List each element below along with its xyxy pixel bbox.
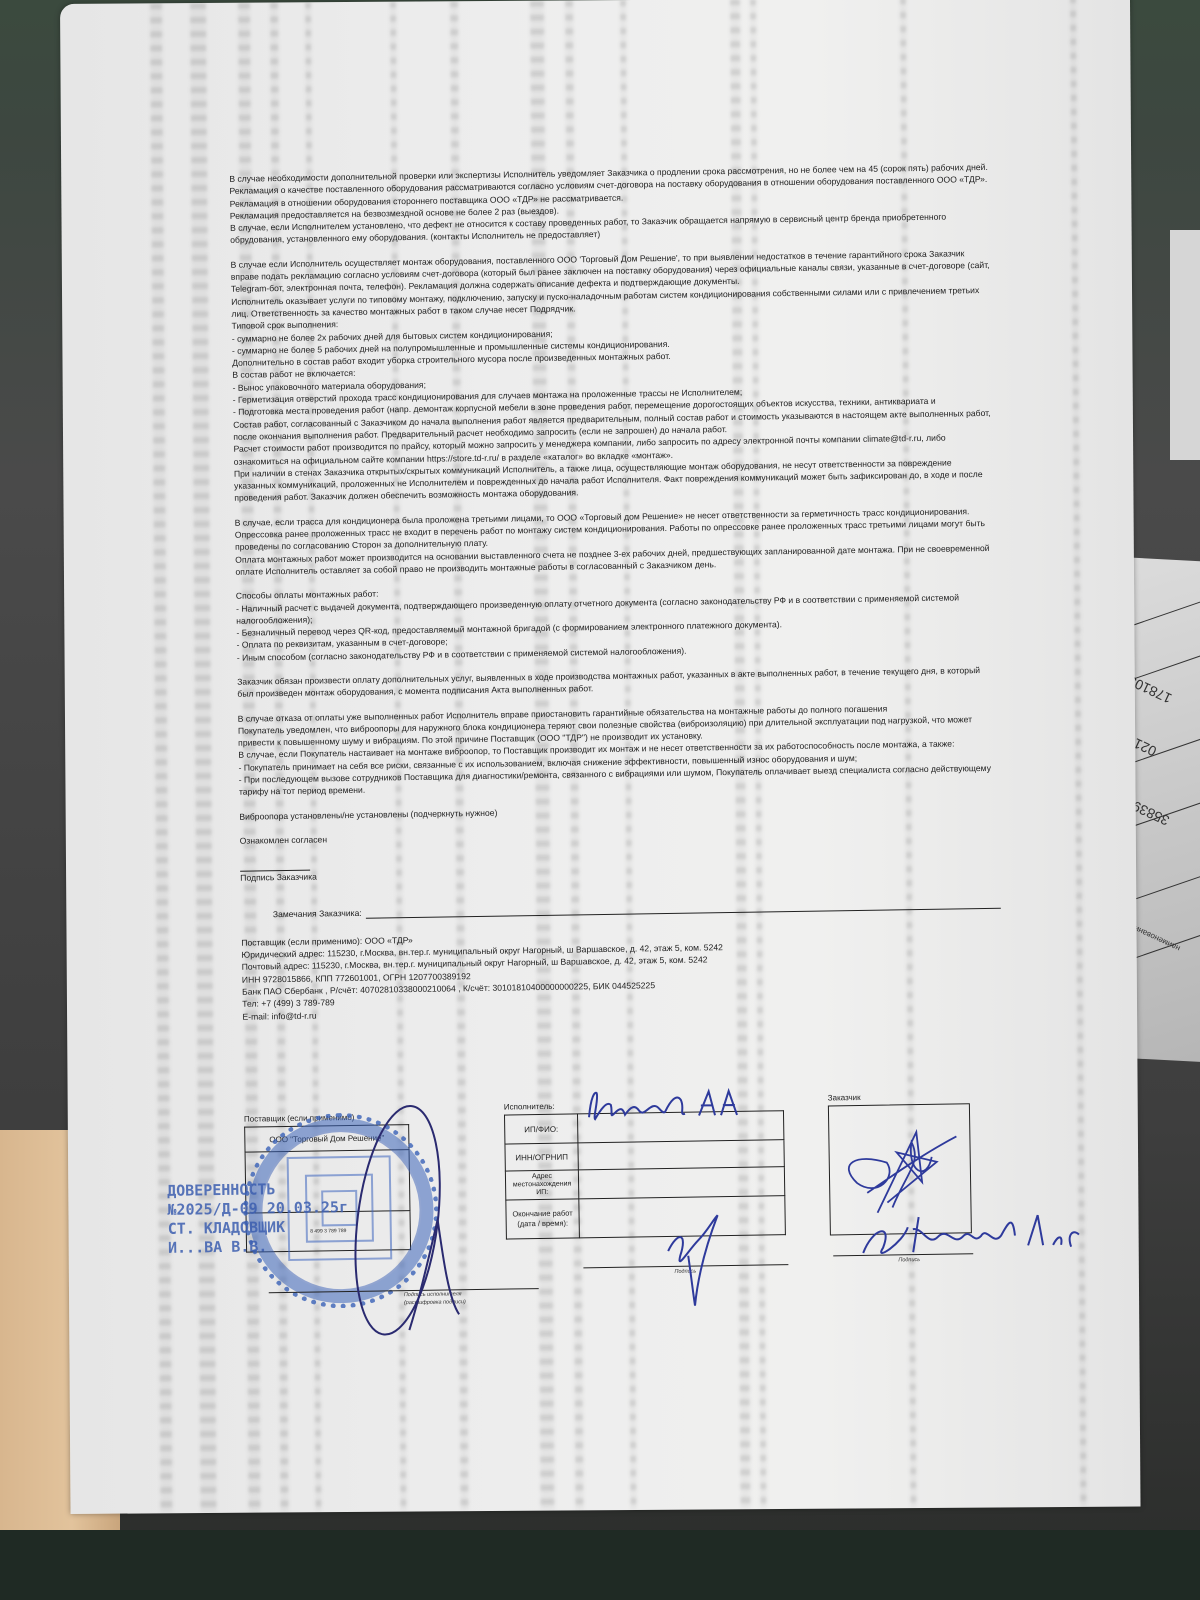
executor-box-label: Исполнитель: [504, 1102, 555, 1112]
power-of-attorney-stamp: ДОВЕРЕННОСТЬ №2025/Д-09 20.03.25г СТ. КЛ… [167, 1179, 349, 1258]
executor-table: ИП/ФИО: ИНН/ОГРНИП Адрес местонахождения… [504, 1110, 786, 1239]
document-body: В случае необходимости дополнительной пр… [229, 161, 1002, 1023]
remarks-label: Замечания Заказчика: [273, 906, 362, 920]
supplier-signature [336, 1099, 470, 1341]
remarks-line [366, 898, 1001, 919]
executor-address-field [578, 1167, 784, 1199]
customer-handwritten-name [852, 1204, 1113, 1268]
executor-handwritten-name [581, 1084, 782, 1127]
executor-signature [658, 1210, 730, 1311]
customer-remarks: Замечания Заказчика: [273, 896, 1001, 920]
customer-signature-label: Подпись Заказчика [240, 860, 1000, 884]
supplier-details: Поставщик (если применимо): ООО «ТДР»Юри… [241, 925, 1002, 1023]
signature-section: Поставщик (если применимо) ООО "Торговый… [236, 1079, 1140, 1333]
customer-box-label: Заказчик [828, 1093, 861, 1103]
terms-text: В случае необходимости дополнительной пр… [229, 161, 999, 847]
executor-inn-field [578, 1140, 784, 1170]
document-page: В случае необходимости дополнительной пр… [60, 0, 1141, 1514]
background-paper-top [1170, 230, 1200, 460]
table-edge [0, 1530, 1200, 1600]
